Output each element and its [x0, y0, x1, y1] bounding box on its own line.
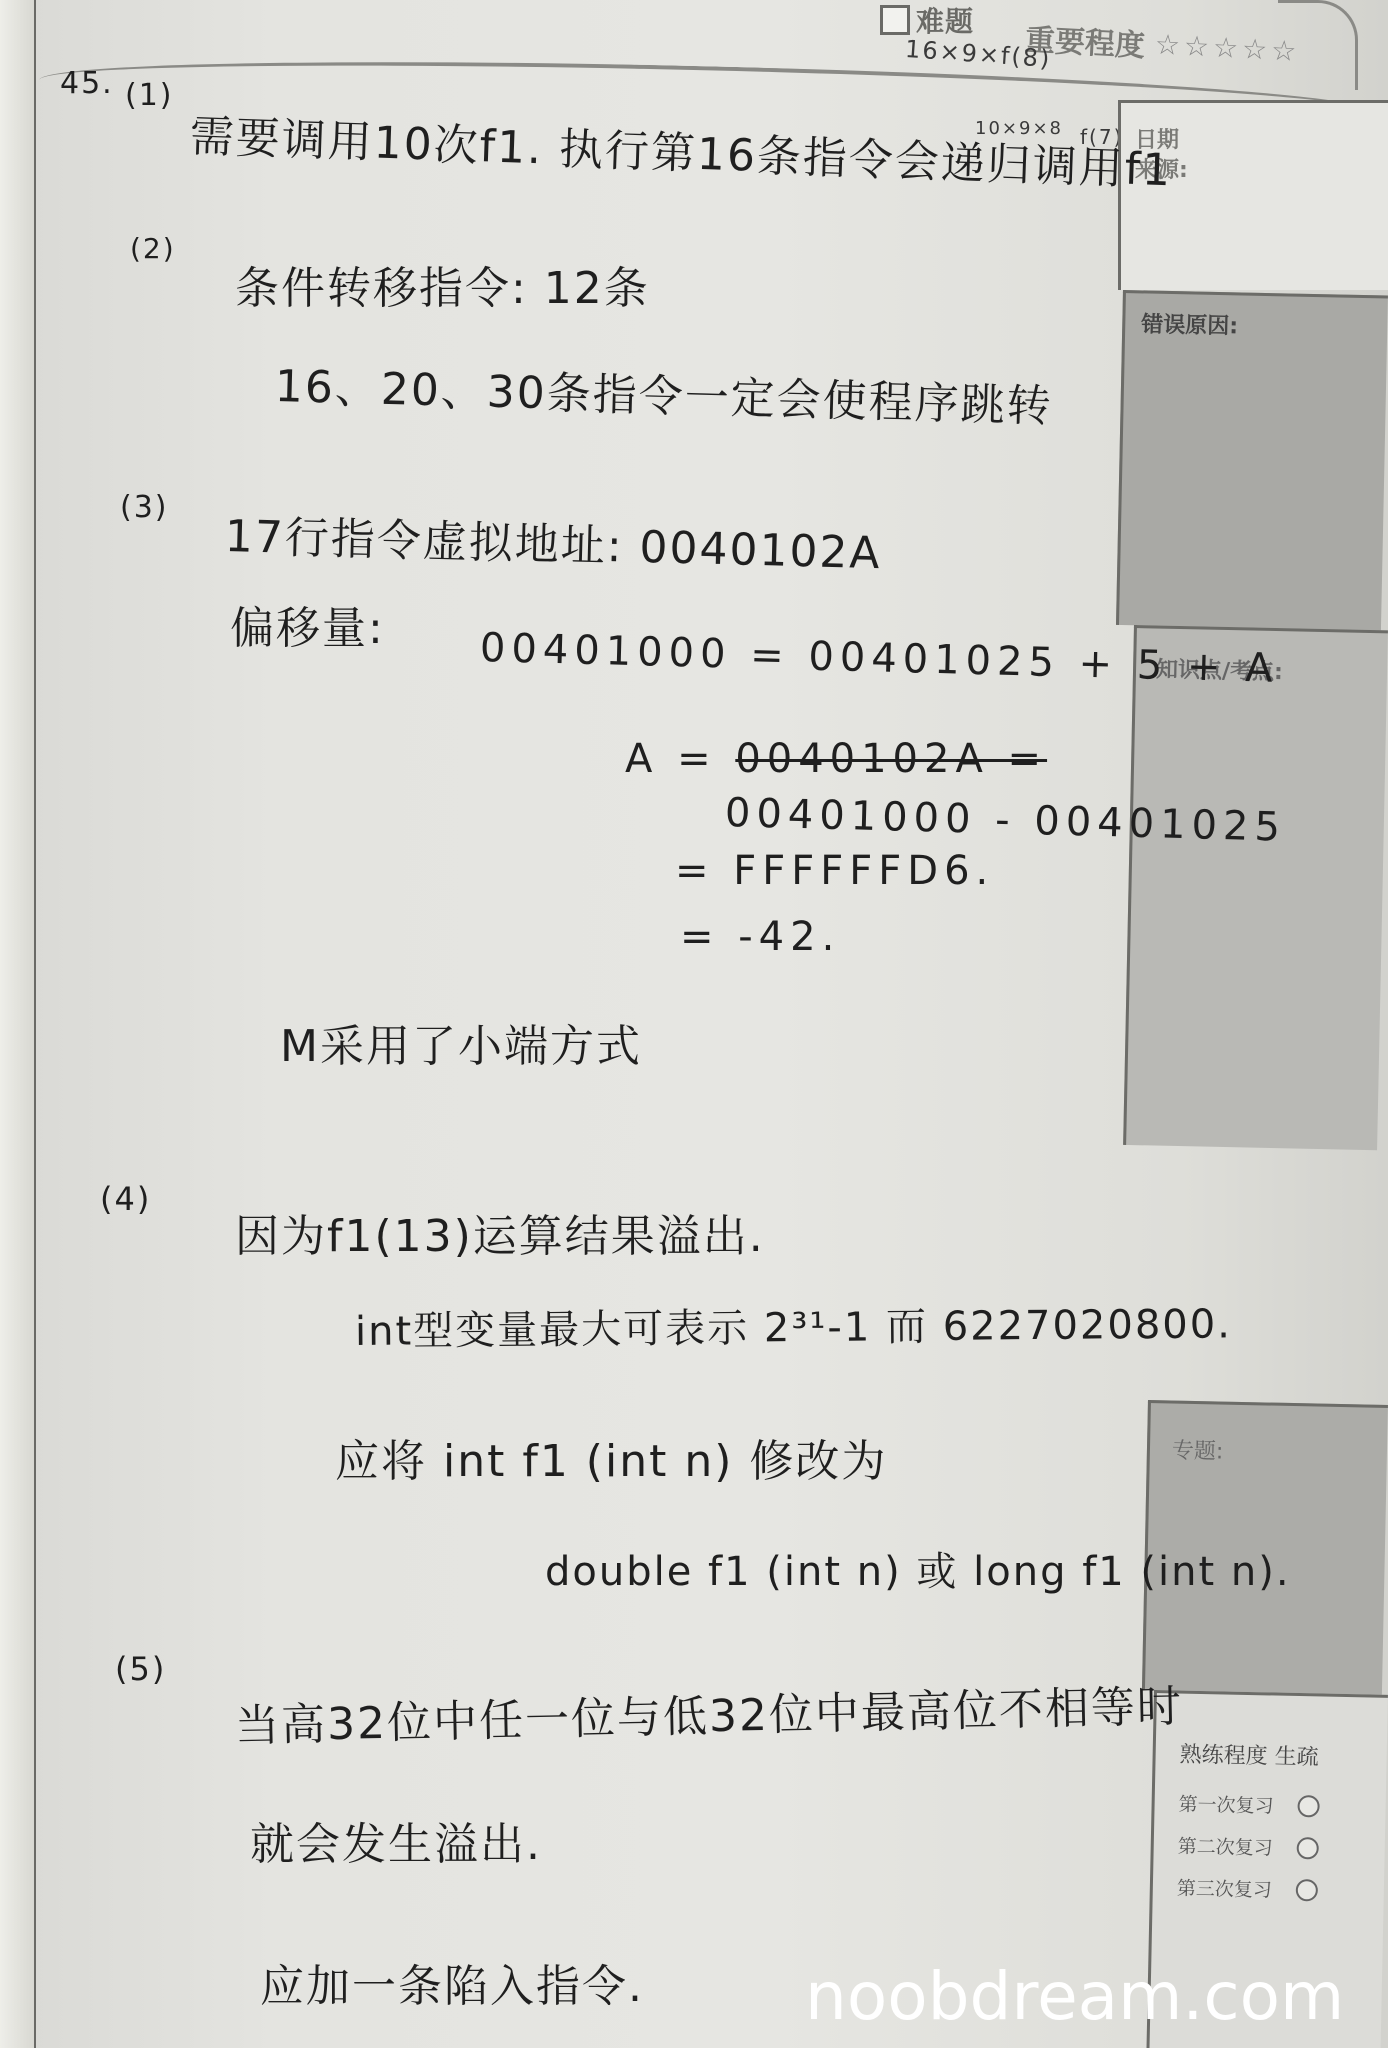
topic-label: 专题: — [1172, 1434, 1224, 1466]
part-3-decimal-result: = -42. — [680, 914, 840, 960]
part-3-endianness: M采用了小端方式 — [280, 1010, 642, 1074]
difficult-question-checkbox[interactable]: 难题 — [880, 0, 974, 40]
page-corner-border — [1278, 0, 1358, 90]
notebook-page: 难题 重要程度 ☆☆☆☆☆ 16×9×f(8) 10×9×8 f(7) 日期 来… — [0, 0, 1388, 2048]
part-1-marker: (1) — [125, 78, 174, 113]
review-row-1[interactable]: 第一次复习 — [1178, 1790, 1320, 1820]
part-5-line-3: 应加一条陷入指令. — [260, 1950, 644, 2014]
radio-icon[interactable] — [1297, 1837, 1319, 1859]
review-label: 第一次复习 — [1178, 1790, 1274, 1819]
part-4-line-4: double f1 (int n) 或 long f1 (int n). — [545, 1540, 1291, 1597]
struck-value: 0040102A = — [735, 736, 1047, 782]
part-5-line-1: 当高32位中任一位与低32位中最高位不相等时 — [234, 1670, 1183, 1754]
part-2-line-1: 条件转移指令: 12条 — [235, 252, 650, 316]
review-row-3[interactable]: 第三次复习 — [1177, 1874, 1319, 1904]
part-4-line-1: 因为f1(13)运算结果溢出. — [235, 1200, 765, 1264]
part-3-offset-label: 偏移量: — [230, 592, 385, 656]
watermark: noobdream.com — [805, 1958, 1344, 2035]
question-number: 45. — [60, 66, 114, 101]
review-label: 第三次复习 — [1177, 1874, 1273, 1903]
part-4-marker: (4) — [100, 1180, 151, 1218]
sidebar-panel: 日期 来源: 错误原因: 知识点/考点: 专题: 熟练程度 生疏 第一次复习 第… — [1118, 100, 1388, 2048]
part-4-line-3: 应将 int f1 (int n) 修改为 — [335, 1425, 887, 1489]
checkbox-icon[interactable] — [880, 5, 910, 35]
error-reason-label: 错误原因: — [1141, 307, 1238, 340]
part-3-hex-result: = FFFFFFD6. — [675, 848, 994, 894]
part-3-marker: (3) — [120, 490, 169, 525]
review-label: 第二次复习 — [1177, 1832, 1273, 1861]
part-2-line-2: 16、20、30条指令一定会使程序跳转 — [274, 350, 1053, 434]
checkbox-label: 难题 — [916, 0, 974, 40]
part-2-marker: (2) — [130, 232, 176, 265]
part-3-line-1: 17行指令虚拟地址: 0040102A — [224, 500, 882, 581]
mastery-label: 熟练程度 生疏 — [1179, 1738, 1319, 1772]
importance-rating: 重要程度 ☆☆☆☆☆ — [1024, 15, 1301, 73]
radio-icon[interactable] — [1296, 1879, 1318, 1901]
radio-icon[interactable] — [1297, 1795, 1319, 1817]
knowledge-point-box: 知识点/考点: — [1123, 625, 1388, 1150]
part-5-marker: (5) — [115, 1650, 166, 1688]
error-reason-box: 错误原因: — [1116, 290, 1388, 630]
review-row-2[interactable]: 第二次复习 — [1177, 1832, 1319, 1862]
a-equals: A = — [625, 736, 735, 782]
part-3-a-struck: A = 0040102A = — [625, 736, 1047, 782]
page-binding-edge — [0, 0, 36, 2048]
part-5-line-2: 就会发生溢出. — [250, 1808, 542, 1872]
part-4-line-2: int型变量最大可表示 2³¹-1 而 6227020800. — [355, 1292, 1232, 1357]
